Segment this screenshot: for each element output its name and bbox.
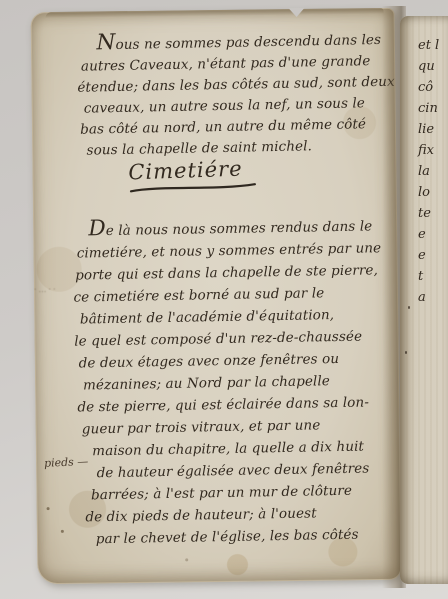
right-page-line-fragment: e [418, 248, 426, 263]
right-page-line-fragment: fix [418, 143, 434, 158]
torn-edge-notch [288, 8, 304, 17]
right-page-line-fragment: lo [418, 185, 430, 200]
paper-stain [47, 507, 50, 510]
section-heading-cimetiere: Cimetiére [128, 156, 257, 194]
ink-speck [405, 351, 407, 354]
paper-stain [185, 558, 188, 561]
manuscript-right-page-edge: et l qu cô cin lie fix la lo te e e t a [400, 16, 448, 584]
right-page-line-fragment: la [418, 164, 430, 179]
right-page-line-fragment: e [418, 227, 426, 242]
manuscript-line: par le chevet de l'église, les bas côtés [96, 523, 408, 550]
manuscript-left-page: Nous ne sommes pas descendu dans les aut… [31, 8, 402, 584]
right-page-line-fragment: cô [418, 80, 433, 95]
margin-note-pieds: pieds — [44, 455, 89, 470]
right-page-line-fragment: te [418, 206, 431, 221]
right-page-line-fragment: et l [418, 38, 439, 53]
right-page-line-fragment: a [418, 290, 426, 305]
heading-text: Cimetiére [128, 157, 243, 185]
paragraph-2: De là nous nous sommes rendus dans le ci… [72, 213, 408, 551]
right-page-line-fragment: qu [418, 59, 435, 74]
paper-stain [61, 530, 64, 533]
paragraph-1: Nous ne sommes pas descendu dans les aut… [74, 27, 390, 162]
right-page-line-fragment: lie [418, 122, 434, 137]
right-page-line-fragment: cin [418, 101, 438, 116]
photo-background: Nous ne sommes pas descendu dans les aut… [0, 0, 448, 599]
margin-annotation-illegible: ·…·· [34, 285, 58, 294]
ink-speck [408, 306, 410, 309]
right-page-line-fragment: t [418, 269, 423, 284]
